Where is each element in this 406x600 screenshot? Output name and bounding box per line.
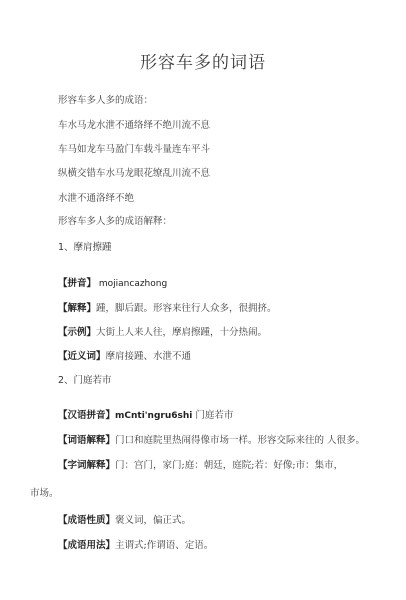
entry-example: 【示例】大街上人来人往，摩肩擦踵，十分热闹。 [58, 327, 267, 339]
section-heading: 2、门庭若市 [58, 375, 112, 387]
entry-usage: 【成语用法】主谓式;作谓语、定语。 [58, 540, 213, 552]
entry-label: 【拼音】 [58, 278, 96, 289]
entry-nature: 【成语性质】褒义词，偏正式。 [58, 515, 191, 527]
idiom-line: 水泄不通洛绎不绝 [58, 193, 134, 205]
entry-text: mojiancazhong [96, 279, 167, 289]
entry-text: 门口和庭院里热闹得像市场一样。形容交际来往的 人很多。 [115, 435, 365, 446]
entry-char-explanation: 【字词解释】门：宫门，家门;庭：朝廷，庭院;若：好像;市：集市， [58, 460, 343, 472]
entry-word-explanation: 【词语解释】门口和庭院里热闹得像市场一样。形容交际来往的 人很多。 [58, 435, 365, 447]
idiom-line: 车马如龙车马盈门车载斗量连车平斗 [58, 144, 210, 156]
explanation-label: 形容车多人多的成语解释： [58, 216, 172, 228]
entry-text: 门庭若市 [192, 410, 233, 421]
entry-explanation: 【解释】踵，脚后跟。形容来往行人众多，很拥挤。 [58, 303, 277, 315]
entry-synonyms: 【近义词】摩肩接踵、水泄不通 [58, 351, 191, 363]
entry-pinyin: 【汉语拼音】mCnti'ngru6shi 门庭若市 [58, 410, 233, 422]
entry-label: 【字词解释】 [58, 460, 115, 471]
entry-label: 【示例】 [58, 327, 96, 338]
entry-text: 主谓式;作谓语、定语。 [115, 540, 213, 551]
idiom-line: 车水马龙水泄不通络绎不绝川流不息 [58, 120, 210, 132]
entry-text: 摩肩接踵、水泄不通 [106, 351, 192, 362]
entry-pinyin-text: mCnti'ngru6shi [115, 411, 192, 421]
document-title: 形容车多的词语 [0, 48, 406, 73]
idiom-line: 纵横交错车水马龙眼花缭乱川流不息 [58, 168, 210, 180]
document-page: 形容车多的词语 形容车多人多的成语： 车水马龙水泄不通络绎不绝川流不息 车马如龙… [0, 0, 406, 600]
entry-pinyin: 【拼音】 mojiancazhong [58, 278, 167, 290]
entry-label: 【解释】 [58, 303, 96, 314]
intro-label: 形容车多人多的成语： [58, 95, 153, 107]
entry-label: 【词语解释】 [58, 435, 115, 446]
entry-label: 【近义词】 [58, 351, 106, 362]
entry-label: 【汉语拼音】 [58, 410, 115, 421]
entry-continuation: 市场。 [30, 488, 59, 500]
entry-label: 【成语性质】 [58, 515, 115, 526]
entry-text: 踵，脚后跟。形容来往行人众多，很拥挤。 [96, 303, 277, 314]
entry-text: 门：宫门，家门;庭：朝廷，庭院;若：好像;市：集市， [115, 460, 343, 471]
section-heading: 1、摩肩擦踵 [58, 242, 112, 254]
entry-text: 大街上人来人往，摩肩擦踵，十分热闹。 [96, 327, 267, 338]
entry-label: 【成语用法】 [58, 540, 115, 551]
entry-text: 褒义词，偏正式。 [115, 515, 191, 526]
